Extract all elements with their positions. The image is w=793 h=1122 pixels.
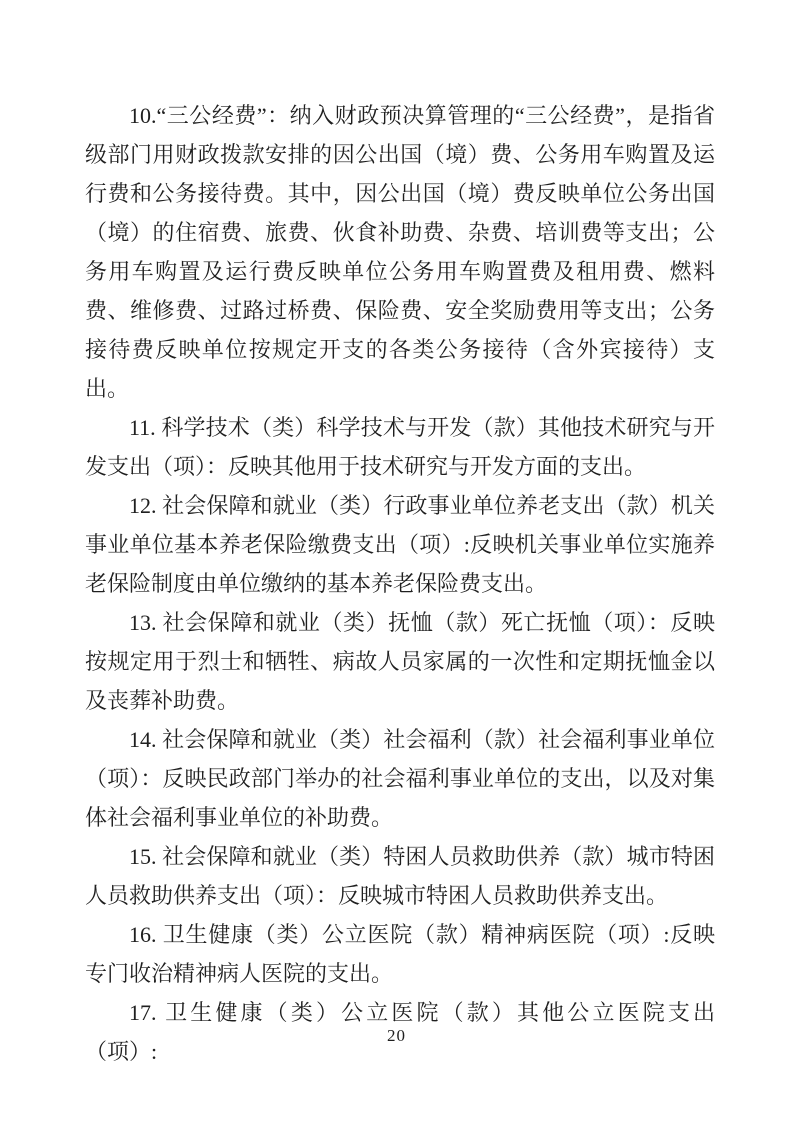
- page-footer: 20: [0, 1026, 793, 1046]
- paragraph-item-15: 15. 社会保障和就业（类）特困人员救助供养（款）城市特困人员救助供养支出（项）…: [85, 837, 715, 915]
- paragraph-item-10: 10.“三公经费”：纳入财政预决算管理的“三公经费”，是指省级部门用财政拨款安排…: [85, 96, 715, 408]
- paragraph-item-13: 13. 社会保障和就业（类）抚恤（款）死亡抚恤（项）：反映按规定用于烈士和牺牲、…: [85, 603, 715, 720]
- page-number: 20: [387, 1026, 406, 1045]
- document-page: 10.“三公经费”：纳入财政预决算管理的“三公经费”，是指省级部门用财政拨款安排…: [0, 0, 793, 1122]
- document-body: 10.“三公经费”：纳入财政预决算管理的“三公经费”，是指省级部门用财政拨款安排…: [85, 96, 715, 1071]
- paragraph-item-16: 16. 卫生健康（类）公立医院（款）精神病医院（项）:反映专门收治精神病人医院的…: [85, 915, 715, 993]
- paragraph-item-11: 11. 科学技术（类）科学技术与开发（款）其他技术研究与开发支出（项）：反映其他…: [85, 408, 715, 486]
- paragraph-item-14: 14. 社会保障和就业（类）社会福利（款）社会福利事业单位（项）：反映民政部门举…: [85, 720, 715, 837]
- paragraph-item-12: 12. 社会保障和就业（类）行政事业单位养老支出（款）机关事业单位基本养老保险缴…: [85, 486, 715, 603]
